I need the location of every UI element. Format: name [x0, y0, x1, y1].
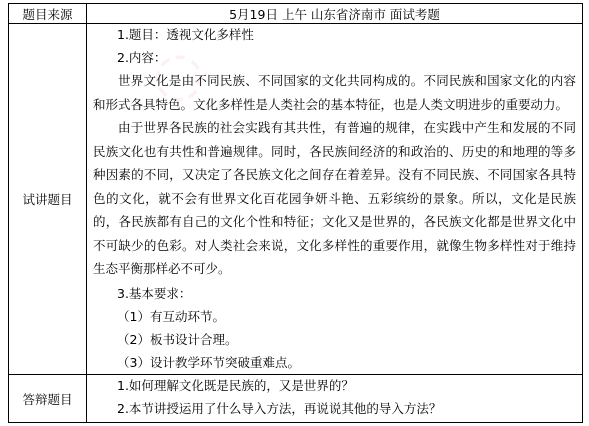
row-source: 题目来源 5月19日 上午 山东省济南市 面试考题 [9, 4, 582, 24]
defense-label-cell: 答辩题目 [9, 375, 87, 422]
content-heading: 2.内容： [117, 50, 166, 66]
defense-question-2: 2.本节讲授运用了什么导入方法，再说说其他的导入方法？ [117, 401, 441, 417]
requirement-item-3: （3）设计教学环节突破重难点。 [117, 355, 300, 371]
defense-content-cell: 1.如何理解文化既是民族的，又是世界的？ 2.本节讲授运用了什么导入方法，再说说… [87, 375, 582, 422]
requirement-item-2: （2）板书设计合理。 [117, 332, 237, 348]
requirement-item-1: （1）有互动环节。 [117, 309, 225, 325]
lecture-content-cell: 1.题目：透视文化多样性 2.内容： 世界文化是由不同民族、不同国家的文化共同构… [87, 24, 582, 374]
source-label-cell: 题目来源 [9, 4, 87, 23]
content-paragraph-2: 由于世界各民族的社会实践有其共性，有普遍的规律，在实践中产生和发展的不同民族文化… [93, 116, 576, 281]
source-value-cell: 5月19日 上午 山东省济南市 面试考题 [87, 4, 582, 23]
content-paragraph-1: 世界文化是由不同民族、不同国家的文化共同构成的。不同民族和国家文化的内容和形式各… [93, 69, 576, 116]
lecture-label: 试讲题目 [22, 190, 72, 208]
source-value: 5月19日 上午 山东省济南市 面试考题 [229, 5, 440, 23]
source-label: 题目来源 [22, 5, 72, 23]
exam-question-table: 题目来源 5月19日 上午 山东省济南市 面试考题 试讲题目 1.题目：透视文化… [8, 3, 583, 423]
lecture-label-cell: 试讲题目 [9, 24, 87, 374]
row-lecture: 试讲题目 1.题目：透视文化多样性 2.内容： 世界文化是由不同民族、不同国家的… [9, 24, 582, 375]
requirements-heading: 3.基本要求： [117, 286, 191, 302]
lecture-topic: 1.题目：透视文化多样性 [117, 27, 254, 43]
defense-question-1: 1.如何理解文化既是民族的，又是世界的？ [117, 378, 354, 394]
row-defense: 答辩题目 1.如何理解文化既是民族的，又是世界的？ 2.本节讲授运用了什么导入方… [9, 375, 582, 422]
defense-label: 答辩题目 [22, 390, 72, 408]
